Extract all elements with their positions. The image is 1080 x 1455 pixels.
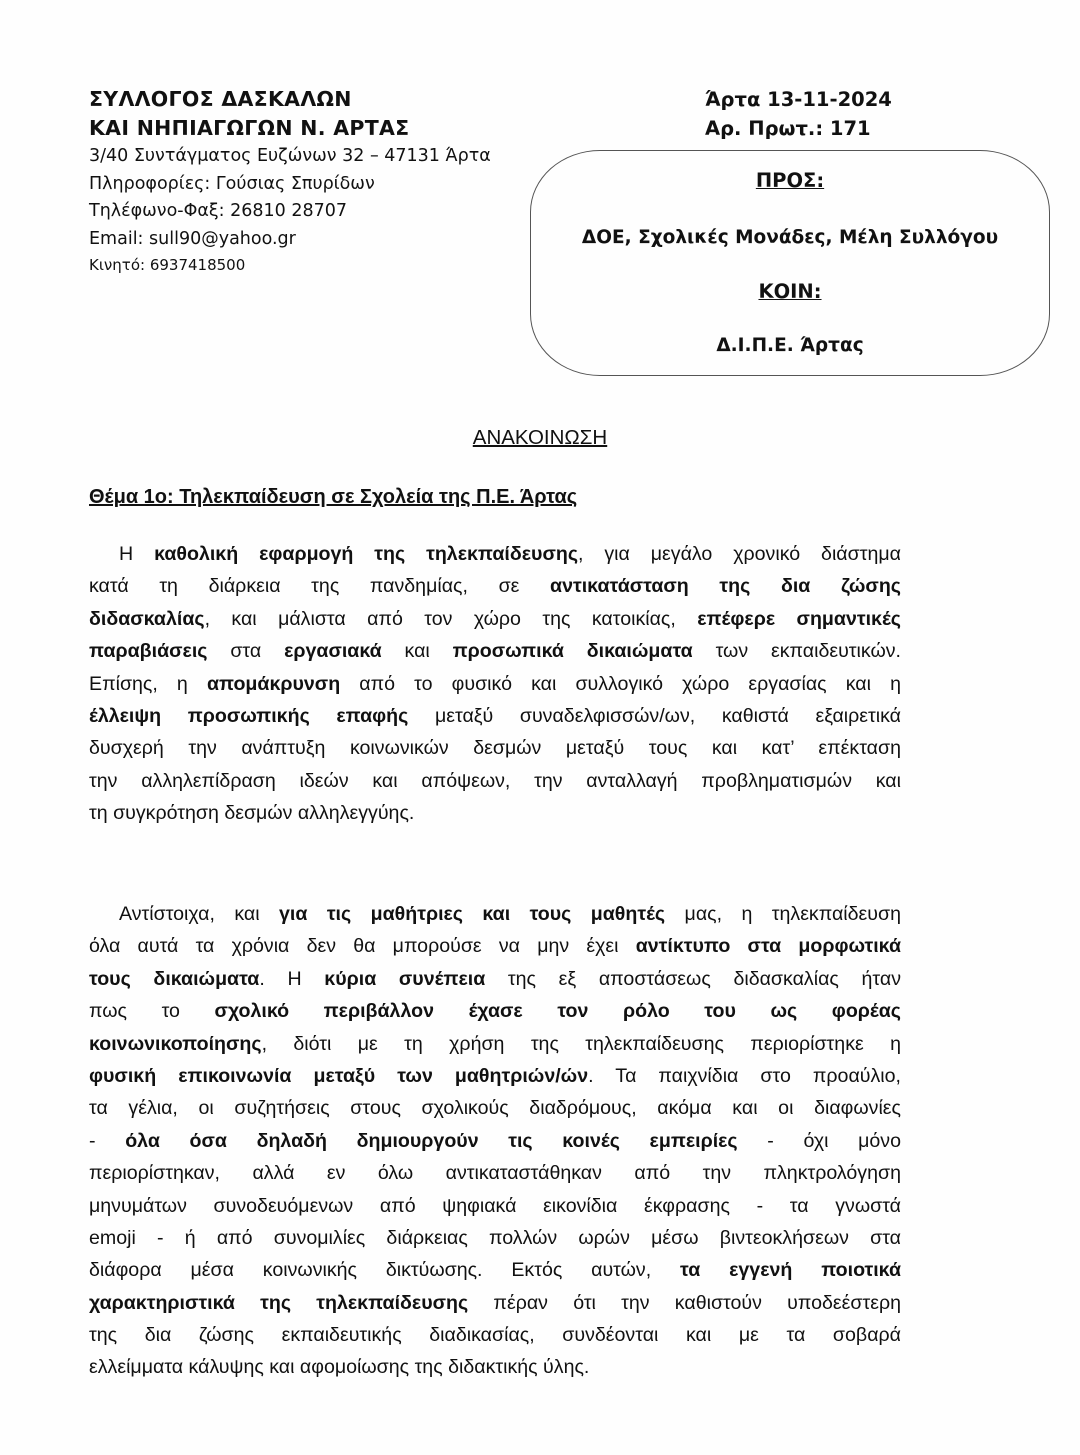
text: , και μάλιστα από τον χώρο της κατοικίας… (205, 608, 698, 630)
paragraph-line: τους δικαιώματα. Η κύρια συνέπεια της εξ… (89, 963, 901, 995)
info-contact: Πληροφορίες: Γούσιας Σπυρίδων (89, 171, 491, 199)
phone-fax: Τηλέφωνο-Φαξ: 26810 28707 (89, 198, 491, 226)
bold-text: προσωπικά δικαιώματα (453, 640, 693, 662)
to-recipients: ΔΟΕ, Σχολικές Μονάδες, Μέλη Συλλόγου (531, 227, 1049, 248)
text: και (382, 640, 453, 662)
text: από το φυσικό και συλλογικό χώρο εργασία… (340, 673, 901, 695)
bold-text: επέφερε σημαντικές (697, 608, 901, 630)
text: της δια ζώσης εκπαιδευτικής διαδικασίας,… (89, 1324, 901, 1346)
bold-text: φυσική επικοινωνία μεταξύ των μαθητριών/… (89, 1065, 588, 1087)
paragraph-line: ελλείμματα κάλυψης και αφομοίωσης της δι… (89, 1351, 901, 1383)
date-protocol-block: Άρτα 13-11-2024 Αρ. Πρωτ.: 171 (705, 85, 892, 143)
paragraph-line: κοινωνικοποίησης, διότι με τη χρήση της … (89, 1028, 901, 1060)
text: των εκπαιδευτικών. (693, 640, 901, 662)
paragraph-line: την αλληλεπίδραση ιδεών και απόψεων, την… (89, 765, 901, 797)
address: 3/40 Συντάγματος Ευζώνων 32 – 47131 Άρτα (89, 143, 491, 171)
paragraph-line: έλλειψη προσωπικής επαφής μεταξύ συναδελ… (89, 700, 901, 732)
text: μεταξύ συναδελφισσών/ων, καθιστά εξαιρετ… (408, 705, 901, 727)
subject-line: Θέμα 1ο: Τηλεκπαίδευση σε Σχολεία της Π.… (89, 486, 577, 509)
bold-text: χαρακτηριστικά της τηλεκπαίδευσης (89, 1292, 468, 1314)
bold-text: κοινωνικοποίησης (89, 1033, 262, 1055)
sender-block: ΣΥΛΛΟΓΟΣ ΔΑΣΚΑΛΩΝ ΚΑΙ ΝΗΠΙΑΓΩΓΩΝ Ν. ΑΡΤΑ… (89, 85, 491, 277)
document-title: ΑΝΑΚΟΙΝΩΣΗ (0, 426, 1080, 450)
paragraph-2: Αντίστοιχα, και για τις μαθήτριες και το… (89, 898, 901, 1384)
paragraph-line: περιορίστηκαν, αλλά εν όλω αντικαταστάθη… (89, 1157, 901, 1189)
paragraph-line: τα γέλια, οι συζητήσεις στους σχολικούς … (89, 1092, 901, 1124)
bold-text: όλα όσα δηλαδή δημιουργούν τις κοινές εμ… (125, 1130, 737, 1152)
text: περιορίστηκαν, αλλά εν όλω αντικαταστάθη… (89, 1162, 901, 1184)
bold-text: παραβιάσεις (89, 640, 207, 662)
bold-text: εργασιακά (284, 640, 382, 662)
text: Επίσης, η (89, 673, 207, 695)
paragraph-line: χαρακτηριστικά της τηλεκπαίδευσης πέραν … (89, 1287, 901, 1319)
recipients-box: ΠΡΟΣ: ΔΟΕ, Σχολικές Μονάδες, Μέλη Συλλόγ… (530, 150, 1050, 376)
paragraph-line: Επίσης, η απομάκρυνση από το φυσικό και … (89, 668, 901, 700)
paragraph-line: πως το σχολικό περιβάλλον έχασε τον ρόλο… (89, 995, 901, 1027)
text: της εξ αποστάσεως διδασκαλίας ήταν (485, 968, 901, 990)
paragraph-line: - όλα όσα δηλαδή δημιουργούν τις κοινές … (89, 1125, 901, 1157)
paragraph-line: emoji - ή από συνομιλίες διάρκειας πολλώ… (89, 1222, 901, 1254)
text: , διότι με τη χρήση της τηλεκπαίδευσης π… (262, 1033, 901, 1055)
paragraph-line: όλα αυτά τα χρόνια δεν θα μπορούσε να μη… (89, 930, 901, 962)
text: στα (207, 640, 284, 662)
mobile: Κινητό: 6937418500 (89, 253, 491, 277)
subject-text: Θέμα 1ο: Τηλεκπαίδευση σε Σχολεία της Π.… (89, 486, 577, 508)
protocol-number: Αρ. Πρωτ.: 171 (705, 114, 892, 143)
paragraph-line: παραβιάσεις στα εργασιακά και προσωπικά … (89, 635, 901, 667)
text: . Τα παιχνίδια στο προαύλιο, (588, 1065, 901, 1087)
text: - όχι μόνο (738, 1130, 901, 1152)
organization-name-line-1: ΣΥΛΛΟΓΟΣ ΔΑΣΚΑΛΩΝ (89, 85, 491, 114)
bold-text: τα εγγενή ποιοτικά (680, 1259, 901, 1281)
text: τη συγκρότηση δεσμών αλληλεγγύης. (89, 802, 414, 824)
cc-recipients: Δ.Ι.Π.Ε. Άρτας (531, 335, 1049, 356)
document-date: Άρτα 13-11-2024 (705, 85, 892, 114)
text: emoji - ή από συνομιλίες διάρκειας πολλώ… (89, 1227, 901, 1249)
paragraph-line: της δια ζώσης εκπαιδευτικής διαδικασίας,… (89, 1319, 901, 1351)
email: Email: sull90@yahoo.gr (89, 226, 491, 254)
organization-name-line-2: ΚΑΙ ΝΗΠΙΑΓΩΓΩΝ Ν. ΑΡΤΑΣ (89, 114, 491, 143)
text: ελλείμματα κάλυψης και αφομοίωσης της δι… (89, 1356, 589, 1378)
paragraph-1: Η καθολική εφαρμογή της τηλεκπαίδευσης, … (89, 538, 901, 830)
bold-text: τους δικαιώματα (89, 968, 259, 990)
bold-text: καθολική εφαρμογή της τηλεκπαίδευσης (154, 543, 578, 565)
bold-text: κύρια συνέπεια (324, 968, 485, 990)
paragraph-line: Αντίστοιχα, και για τις μαθήτριες και το… (89, 898, 901, 930)
cc-label: ΚΟΙΝ: (531, 280, 1049, 303)
text: την αλληλεπίδραση ιδεών και απόψεων, την… (89, 770, 901, 792)
text: . Η (259, 968, 324, 990)
paragraph-line: διδασκαλίας, και μάλιστα από τον χώρο τη… (89, 603, 901, 635)
bold-text: για τις μαθήτριες και τους μαθητές (279, 903, 665, 925)
text: δυσχερή την ανάπτυξη κοινωνικών δεσμών μ… (89, 737, 901, 759)
text: - (89, 1130, 125, 1152)
text: Αντίστοιχα, και (119, 903, 279, 925)
text: διάφορα μέσα κοινωνικής δικτύωσης. Εκτός… (89, 1259, 680, 1281)
text: πως το (89, 1000, 215, 1022)
text: , για μεγάλο χρονικό διάστημα (578, 543, 901, 565)
text: μηνυμάτων συνοδευόμενων από ψηφιακά εικο… (89, 1195, 901, 1217)
text: πέραν ότι την καθιστούν υποδεέστερη (468, 1292, 901, 1314)
bold-text: σχολικό περιβάλλον έχασε τον ρόλο του ως… (215, 1000, 901, 1022)
to-label: ΠΡΟΣ: (531, 169, 1049, 192)
bold-text: απομάκρυνση (207, 673, 340, 695)
text: μας, η τηλεκπαίδευση (665, 903, 901, 925)
paragraph-line: διάφορα μέσα κοινωνικής δικτύωσης. Εκτός… (89, 1254, 901, 1286)
bold-text: διδασκαλίας (89, 608, 205, 630)
text: κατά τη διάρκεια της πανδημίας, σε (89, 575, 550, 597)
paragraph-line: δυσχερή την ανάπτυξη κοινωνικών δεσμών μ… (89, 732, 901, 764)
text: Η (119, 543, 154, 565)
paragraph-line: μηνυμάτων συνοδευόμενων από ψηφιακά εικο… (89, 1190, 901, 1222)
text: όλα αυτά τα χρόνια δεν θα μπορούσε να μη… (89, 935, 636, 957)
paragraph-line: κατά τη διάρκεια της πανδημίας, σε αντικ… (89, 570, 901, 602)
paragraph-line: Η καθολική εφαρμογή της τηλεκπαίδευσης, … (89, 538, 901, 570)
text: τα γέλια, οι συζητήσεις στους σχολικούς … (89, 1097, 901, 1119)
bold-text: έλλειψη προσωπικής επαφής (89, 705, 408, 727)
bold-text: αντικατάσταση της δια ζώσης (550, 575, 901, 597)
paragraph-line: φυσική επικοινωνία μεταξύ των μαθητριών/… (89, 1060, 901, 1092)
bold-text: αντίκτυπο στα μορφωτικά (636, 935, 901, 957)
paragraph-line: τη συγκρότηση δεσμών αλληλεγγύης. (89, 797, 901, 829)
